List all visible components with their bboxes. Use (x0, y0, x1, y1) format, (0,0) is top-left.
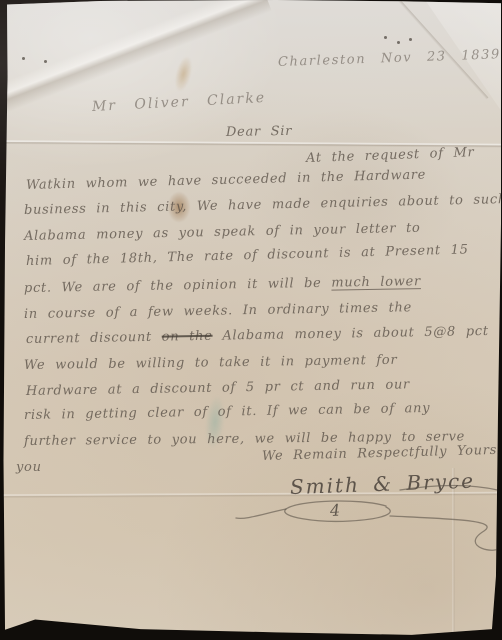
ink-speck (44, 60, 47, 63)
scanned-letter-photo: Charleston Nov 23 1839 Mr Oliver Clarke … (0, 0, 502, 640)
struck-out-word: on the (162, 329, 213, 345)
ink-speck (397, 41, 400, 44)
underlined-phrase: much lower (331, 274, 421, 291)
ink-speck (22, 57, 25, 60)
body-line: business in this city, We have made enqu… (24, 193, 502, 217)
body-line-text: current discount (26, 330, 162, 347)
body-line: Watkin whom we have succeeded in the Har… (26, 169, 426, 192)
ink-speck (409, 38, 412, 41)
body-line: pct. We are of the opinion it will be mu… (24, 275, 421, 295)
body-line: in course of a few weeks. In ordinary ti… (24, 301, 412, 321)
flourish-right-swash (390, 516, 502, 550)
salutation: Dear Sir (226, 125, 292, 139)
body-line: risk in getting clear of of it. If we ca… (24, 402, 430, 422)
body-line-text: pct. We are of the opinion it will be (24, 276, 332, 296)
seal-mark: 4 (330, 502, 342, 519)
signature: Smith & Bryce (290, 471, 476, 497)
closing-line: We Remain Respectfully Yours (262, 444, 497, 463)
body-wrap-word: you (16, 461, 42, 474)
body-line: Hardware at a discount of 5 pr ct and ru… (26, 378, 410, 398)
ink-speck (384, 36, 387, 39)
body-line: current discount on the Alabama money is… (26, 325, 489, 346)
body-line: We would be willing to take it in paymen… (24, 354, 398, 372)
body-line: Alabama money as you speak of in your le… (24, 222, 421, 243)
vertical-fold-crease-right (452, 468, 455, 640)
body-line-text: Alabama money is about 5@8 pct (212, 324, 488, 344)
body-opening-line: At the request of Mr (306, 146, 475, 165)
flourish-left-tail (236, 509, 286, 518)
letter-paper: Charleston Nov 23 1839 Mr Oliver Clarke … (0, 0, 502, 640)
body-line: him of the 18th, The rate of discount is… (26, 243, 469, 268)
